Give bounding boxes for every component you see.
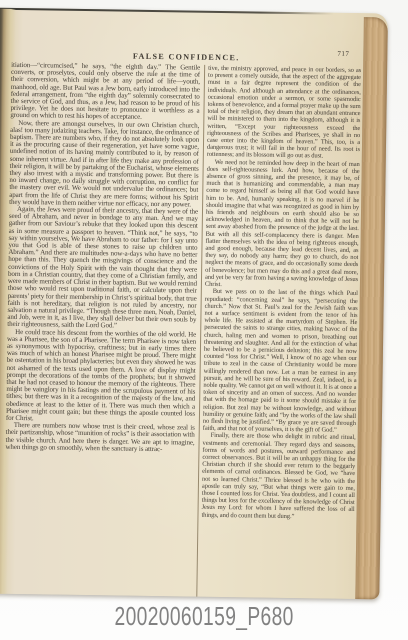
running-title: FALSE CONFIDENCE. — [133, 52, 240, 63]
photo-background: FALSE CONFIDENCE. 717 itiation—“circumci… — [0, 0, 408, 640]
paragraph: But we pass on to the last of the things… — [203, 288, 358, 434]
catalog-label-strip: 20020060159_P680 — [0, 601, 408, 631]
paragraph: There are numbers now whose trust is the… — [5, 422, 194, 454]
page-top-shadow — [0, 8, 334, 15]
paragraph: Now, there are amongst ourselves, in our… — [9, 119, 199, 208]
page-content: FALSE CONFIDENCE. 717 itiation—“circumci… — [3, 44, 361, 599]
text-columns: itiation—“circumcised,” he says, “the ei… — [3, 62, 361, 599]
running-header: FALSE CONFIDENCE. 717 — [11, 44, 361, 63]
paragraph: Finally, there are those who delight in … — [201, 432, 355, 521]
page-number: 717 — [337, 50, 349, 58]
book-page: FALSE CONFIDENCE. 717 itiation—“circumci… — [0, 8, 388, 600]
paragraph: tive, the ministry approved, and peace i… — [207, 65, 361, 161]
paragraph: He could trace his descent from the wort… — [6, 328, 196, 424]
paragraph: Again, the Jews were proud of their ance… — [7, 206, 198, 331]
left-column: itiation—“circumcised,” he says, “the ei… — [3, 62, 200, 597]
catalog-label: 20020060159_P680 — [114, 601, 293, 631]
paragraph: itiation—“circumcised,” he says, “the ei… — [10, 62, 200, 122]
paragraph: We need not be reminded how deep in the … — [205, 158, 360, 290]
right-column: tive, the ministry approved, and peace i… — [200, 65, 361, 599]
